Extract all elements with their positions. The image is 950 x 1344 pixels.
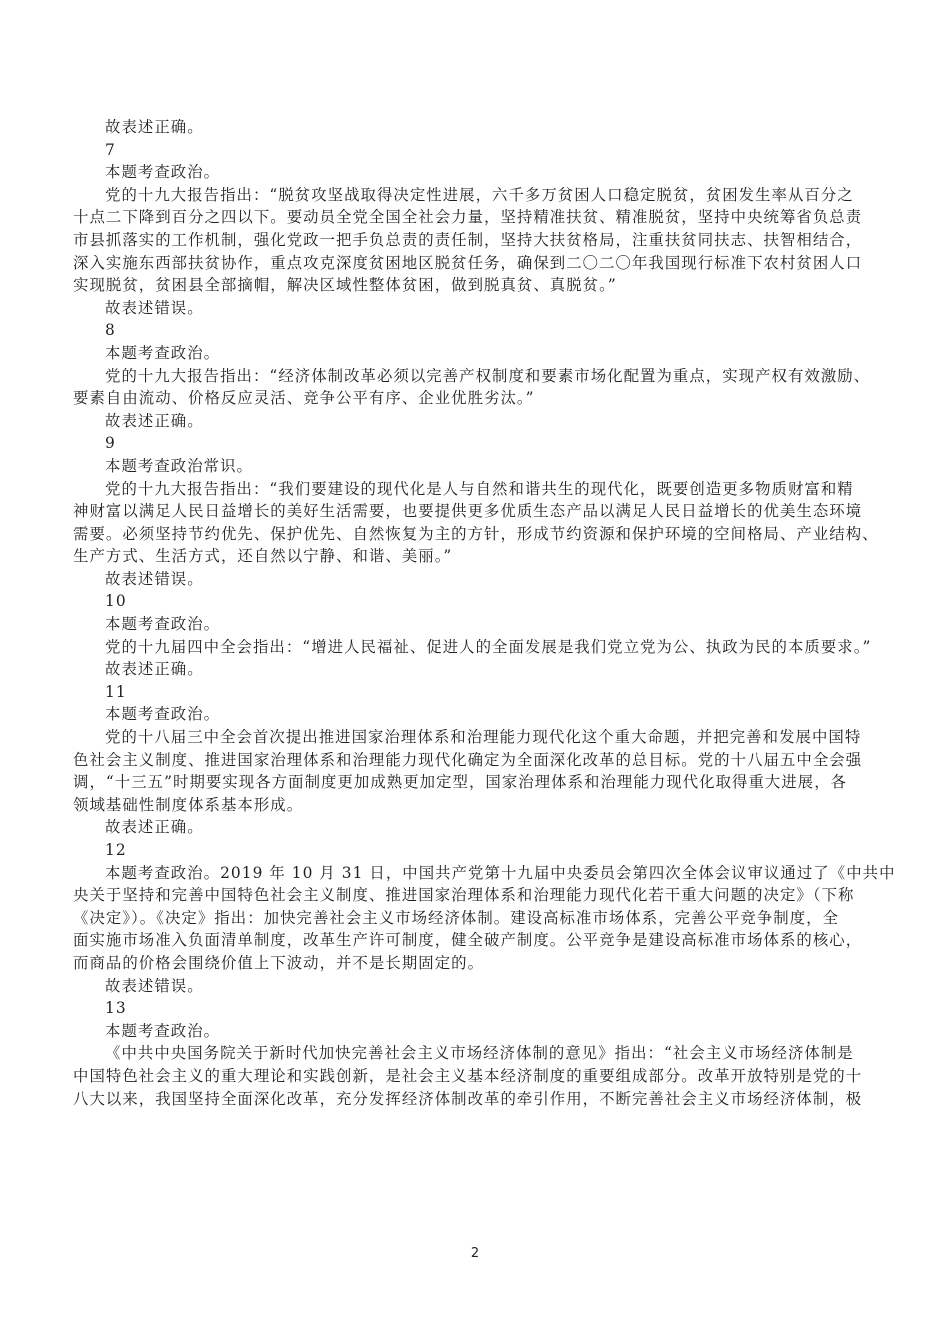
text-line: 党的十九大报告指出：“我们要建设的现代化是人与自然和谐共生的现代化，既要创造更多… — [73, 478, 878, 501]
text-line: 需要。必须坚持节约优先、保护优先、自然恢复为主的方针，形成节约资源和保护环境的空… — [73, 523, 878, 546]
text-line: 面实施市场准入负面清单制度，改革生产许可制度，健全破产制度。公平竞争是建设高标准… — [73, 929, 878, 952]
text-line: 本题考查政治。 — [73, 613, 878, 636]
question-number: 7 — [73, 139, 878, 162]
text-line: 八大以来，我国坚持全面深化改革，充分发挥经济体制改革的牵引作用，不断完善社会主义… — [73, 1088, 878, 1111]
document-page-body: 故表述正确。 7 本题考查政治。 党的十九大报告指出：“脱贫攻坚战取得决定性进展… — [73, 116, 878, 1110]
text-line: 党的十八届三中全会首次提出推进国家治理体系和治理能力现代化这个重大命题，并把完善… — [73, 726, 878, 749]
question-number: 11 — [73, 681, 878, 704]
text-line: 生产方式、生活方式，还自然以宁静、和谐、美丽。” — [73, 545, 878, 568]
text-line: 调，“十三五”时期要实现各方面制度更加成熟更加定型，国家治理体系和治理能力现代化… — [73, 771, 878, 794]
text-line: 党的十九届四中全会指出：“增进人民福祉、促进人的全面发展是我们党立党为公、执政为… — [73, 636, 878, 659]
page-number: 2 — [0, 1246, 950, 1261]
text-line: 要素自由流动、价格反应灵活、竞争公平有序、企业优胜劣汰。” — [73, 387, 878, 410]
text-line: 故表述正确。 — [73, 410, 878, 433]
text-line: 故表述正确。 — [73, 816, 878, 839]
text-line: 本题考查政治。 — [73, 161, 878, 184]
text-line: 深入实施东西部扶贫协作，重点攻克深度贫困地区脱贫任务，确保到二〇二〇年我国现行标… — [73, 252, 878, 275]
question-number: 12 — [73, 839, 878, 862]
question-number: 9 — [73, 432, 878, 455]
text-line: 故表述正确。 — [73, 116, 878, 139]
text-line: 央关于坚持和完善中国特色社会主义制度、推进国家治理体系和治理能力现代化若干重大问… — [73, 884, 878, 907]
text-line: 十点二下降到百分之四以下。要动员全党全国全社会力量，坚持精准扶贫、精准脱贫，坚持… — [73, 206, 878, 229]
text-line: 《决定》）。《决定》指出：加快完善社会主义市场经济体制。建设高标准市场体系，完善… — [73, 907, 878, 930]
text-line: 故表述错误。 — [73, 297, 878, 320]
text-line: 中国特色社会主义的重大理论和实践创新，是社会主义基本经济制度的重要组成部分。改革… — [73, 1065, 878, 1088]
text-line: 市县抓落实的工作机制，强化党政一把手负总责的责任制，坚持大扶贫格局，注重扶贫同扶… — [73, 229, 878, 252]
text-line: 党的十九大报告指出：“经济体制改革必须以完善产权制度和要素市场化配置为重点，实现… — [73, 365, 878, 388]
text-line: 领域基础性制度体系基本形成。 — [73, 794, 878, 817]
text-line: 本题考查政治常识。 — [73, 455, 878, 478]
question-number: 13 — [73, 997, 878, 1020]
text-line: 色社会主义制度、推进国家治理体系和治理能力现代化确定为全面深化改革的总目标。党的… — [73, 749, 878, 772]
text-line: 本题考查政治。 — [73, 342, 878, 365]
text-line: 本题考查政治。 — [73, 1020, 878, 1043]
text-line: 实现脱贫，贫困县全部摘帽，解决区域性整体贫困，做到脱真贫、真脱贫。” — [73, 274, 878, 297]
text-line: 《中共中央国务院关于新时代加快完善社会主义市场经济体制的意见》指出：“社会主义市… — [73, 1042, 878, 1065]
text-line: 本题考查政治。2019 年 10 月 31 日，中国共产党第十九届中央委员会第四… — [73, 862, 878, 885]
text-line: 故表述错误。 — [73, 568, 878, 591]
text-line: 而商品的价格会围绕价值上下波动，并不是长期固定的。 — [73, 952, 878, 975]
question-number: 8 — [73, 319, 878, 342]
text-line: 本题考查政治。 — [73, 703, 878, 726]
text-line: 党的十九大报告指出：“脱贫攻坚战取得决定性进展，六千多万贫困人口稳定脱贫，贫困发… — [73, 184, 878, 207]
text-line: 故表述正确。 — [73, 658, 878, 681]
text-line: 故表述错误。 — [73, 975, 878, 998]
question-number: 10 — [73, 590, 878, 613]
text-line: 神财富以满足人民日益增长的美好生活需要，也要提供更多优质生态产品以满足人民日益增… — [73, 500, 878, 523]
